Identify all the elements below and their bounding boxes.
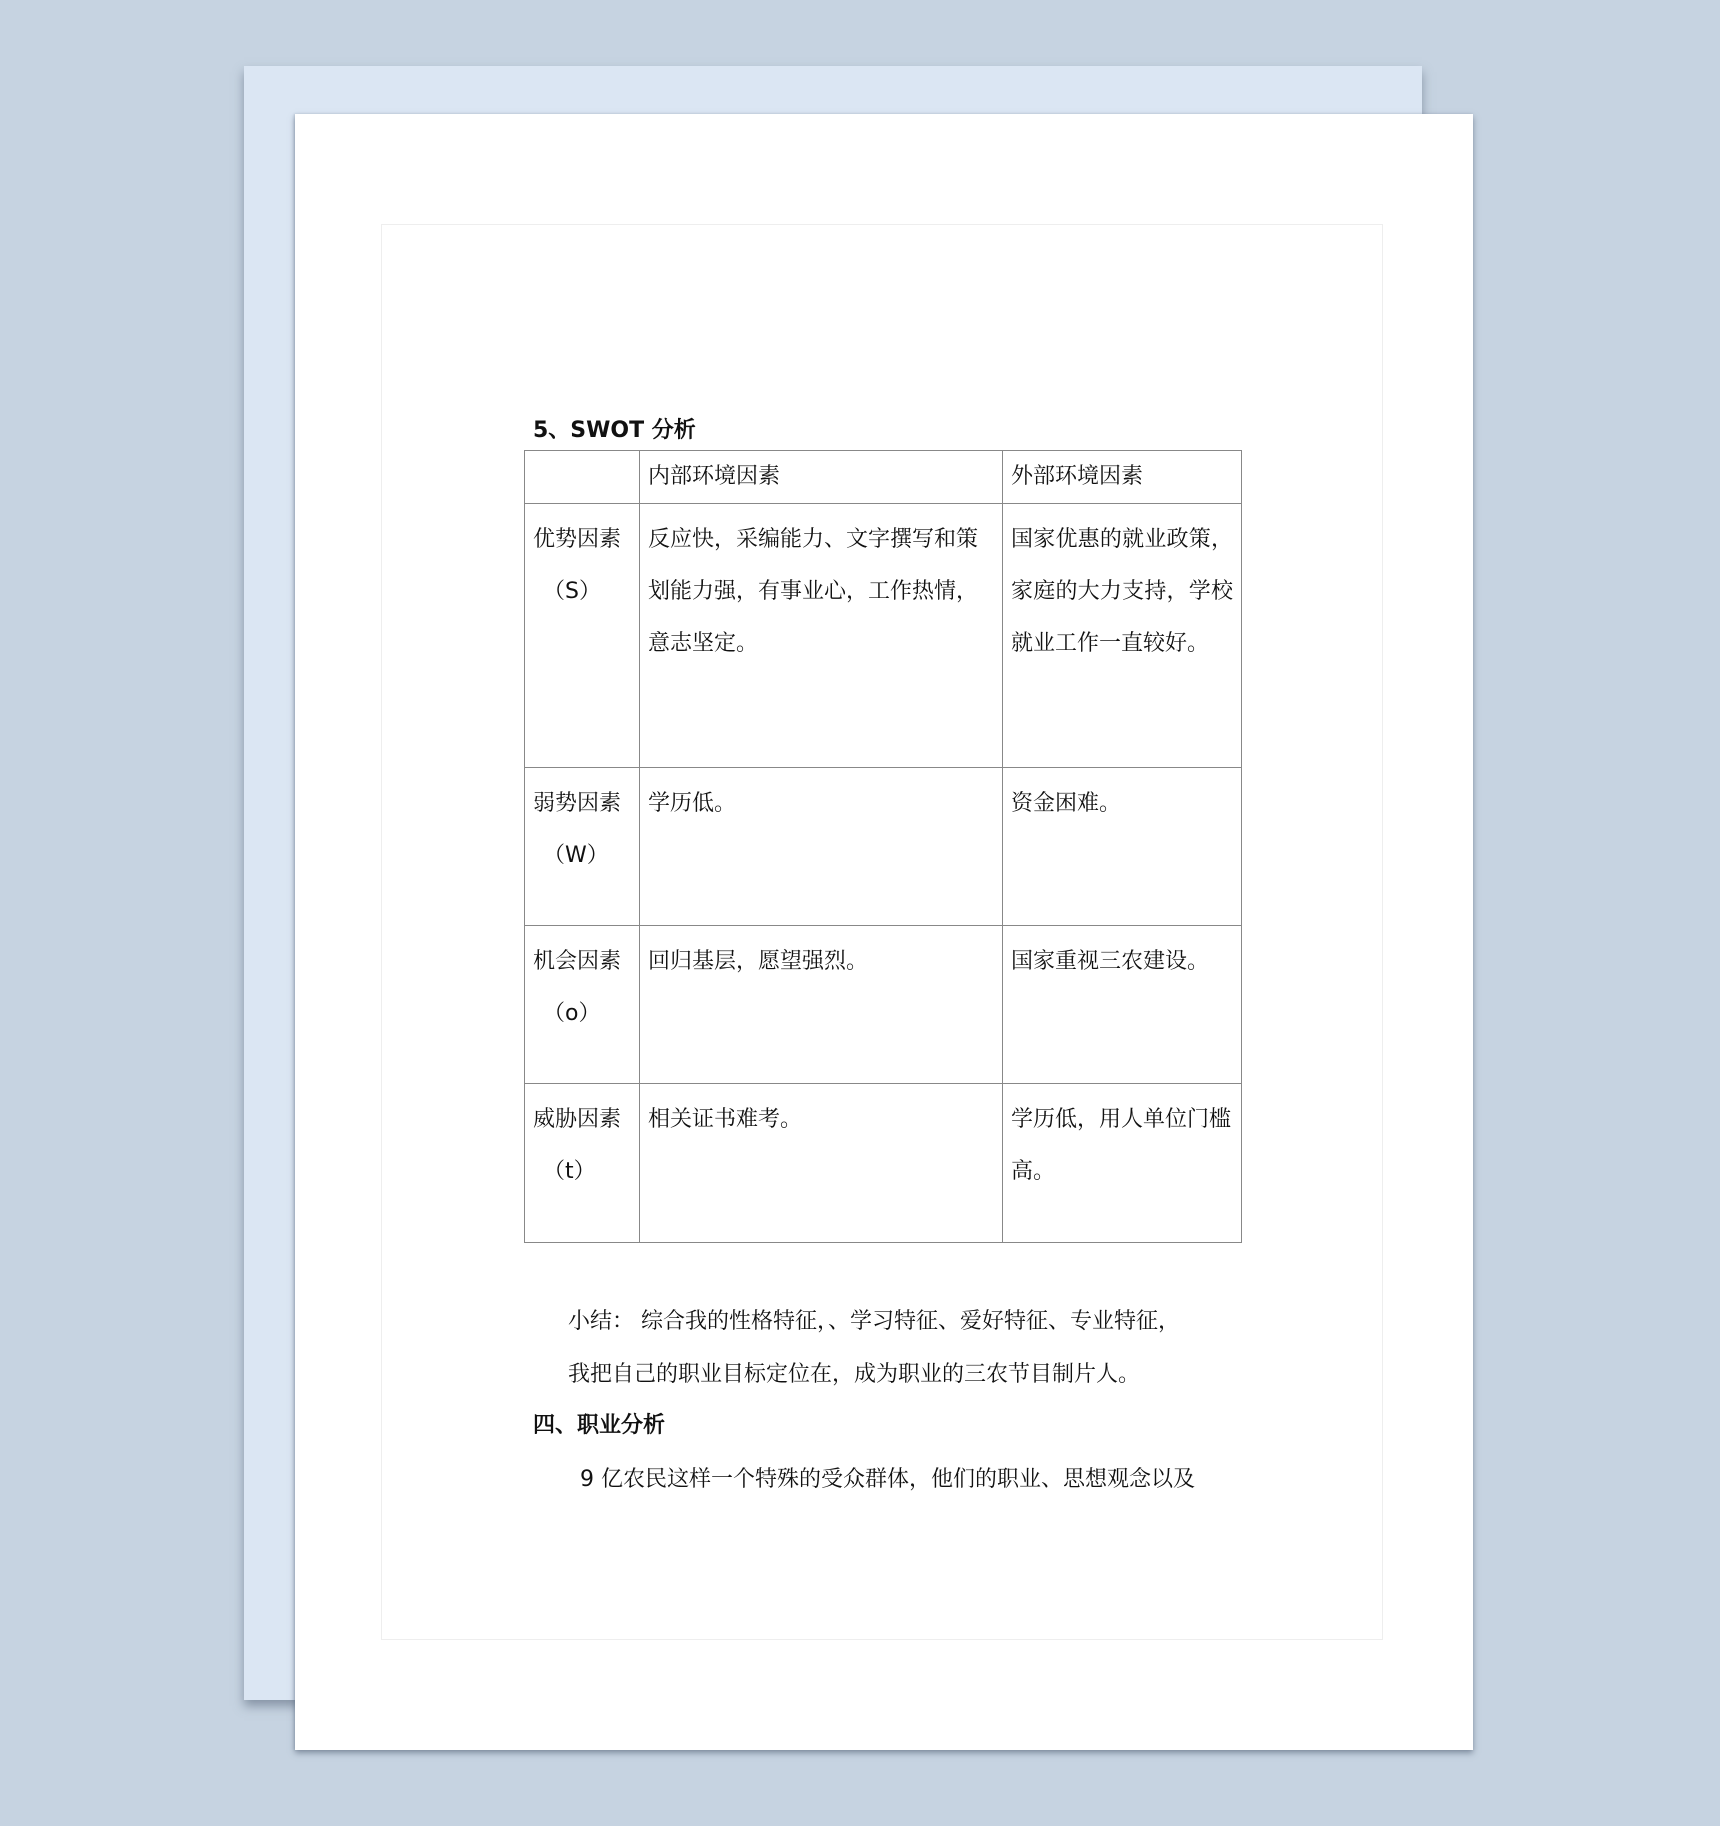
row-label-opportunities: 机会因素 （o） bbox=[525, 926, 640, 1084]
header-cell-external: 外部环境因素 bbox=[1003, 451, 1242, 504]
row-label-text: 机会因素 bbox=[533, 949, 621, 974]
cell-internal-opportunities: 回归基层，愿望强烈。 bbox=[640, 926, 1003, 1084]
row-label-text: 优势因素 bbox=[533, 527, 621, 552]
table-row-strengths: 优势因素 （S） 反应快，采编能力、文字撰写和策划能力强，有事业心，工作热情，意… bbox=[525, 504, 1242, 768]
cell-external-weaknesses: 资金困难。 bbox=[1003, 768, 1242, 926]
table-header-row: 内部环境因素 外部环境因素 bbox=[525, 451, 1242, 504]
table-row-weaknesses: 弱势因素 （W） 学历低。 资金困难。 bbox=[525, 768, 1242, 926]
row-code: （o） bbox=[533, 988, 631, 1040]
cell-external-strengths: 国家优惠的就业政策，家庭的大力支持，学校就业工作一直较好。 bbox=[1003, 504, 1242, 768]
body-paragraph-line: 9 亿农民这样一个特殊的受众群体，他们的职业、思想观念以及 bbox=[580, 1454, 1195, 1506]
cell-external-opportunities: 国家重视三农建设。 bbox=[1003, 926, 1242, 1084]
table-row-opportunities: 机会因素 （o） 回归基层，愿望强烈。 国家重视三农建设。 bbox=[525, 926, 1242, 1084]
row-label-threats: 威胁因素 （t） bbox=[525, 1084, 640, 1243]
swot-table: 内部环境因素 外部环境因素 优势因素 （S） 反应快，采编能力、文字撰写和策划能… bbox=[524, 450, 1242, 1243]
cell-internal-threats: 相关证书难考。 bbox=[640, 1084, 1003, 1243]
row-label-text: 弱势因素 bbox=[533, 791, 621, 816]
row-code: （W） bbox=[533, 830, 631, 882]
summary-line-2: 我把自己的职业目标定位在，成为职业的三农节目制片人。 bbox=[568, 1349, 1140, 1401]
cell-internal-weaknesses: 学历低。 bbox=[640, 768, 1003, 926]
chapter-heading-career-analysis: 四、职业分析 bbox=[533, 1406, 665, 1446]
row-label-text: 威胁因素 bbox=[533, 1107, 621, 1132]
header-cell-empty bbox=[525, 451, 640, 504]
header-cell-internal: 内部环境因素 bbox=[640, 451, 1003, 504]
row-code: （S） bbox=[533, 566, 631, 618]
cell-external-threats: 学历低，用人单位门槛高。 bbox=[1003, 1084, 1242, 1243]
row-label-weaknesses: 弱势因素 （W） bbox=[525, 768, 640, 926]
row-code: （t） bbox=[533, 1146, 631, 1198]
table-row-threats: 威胁因素 （t） 相关证书难考。 学历低，用人单位门槛高。 bbox=[525, 1084, 1242, 1243]
cell-internal-strengths: 反应快，采编能力、文字撰写和策划能力强，有事业心，工作热情，意志坚定。 bbox=[640, 504, 1003, 768]
summary-line-1: 小结： 综合我的性格特征，、学习特征、爱好特征、专业特征， bbox=[568, 1296, 1180, 1348]
row-label-strengths: 优势因素 （S） bbox=[525, 504, 640, 768]
